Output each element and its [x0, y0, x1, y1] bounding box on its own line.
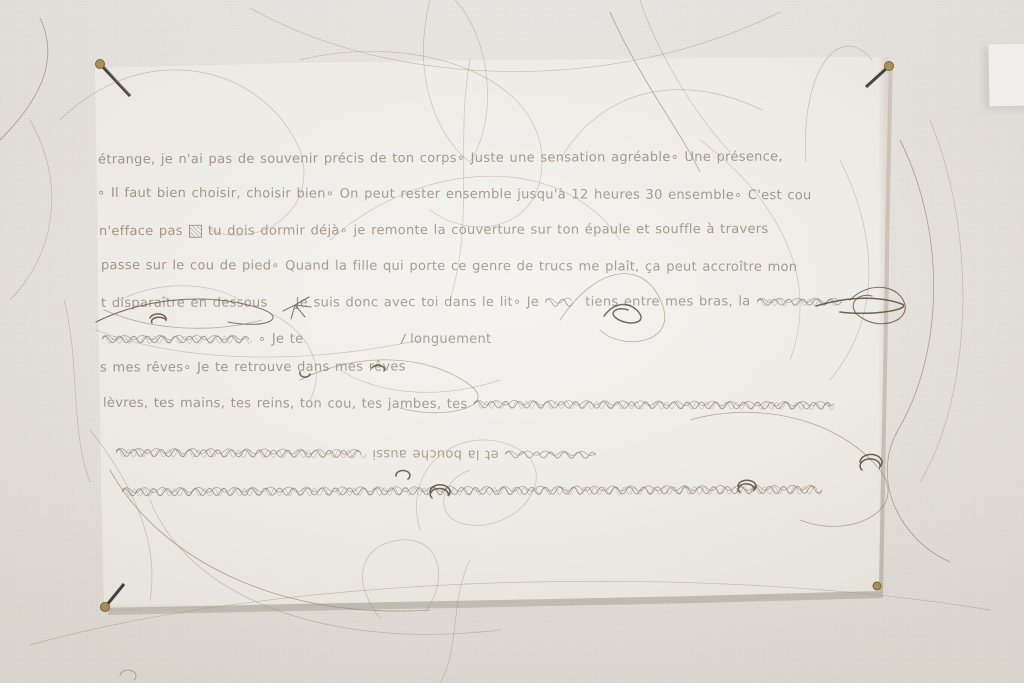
handwritten-text: passe sur le cou de pied∘ Quand la fille… [101, 258, 797, 275]
text-line-2: ∘ Il faut bien choisir, choisir bien∘ On… [97, 185, 812, 204]
handwritten-text: Je suis donc avec toi dans le lit∘ Je [296, 295, 540, 311]
text-line-1: étrange, je n'ai pas de souvenir précis … [98, 149, 783, 169]
handwritten-text: t disparaître en dessous [101, 296, 268, 311]
handwritten-text: tu dois dormir déjà∘ je remonte la couve… [208, 222, 769, 239]
scribbled-mirrored-passage [116, 445, 366, 460]
scribbled-out-passage [757, 296, 843, 308]
handwritten-text: tiens entre mes bras, la [585, 294, 750, 309]
text-line-6: ∘ Je te / longuement [102, 331, 491, 348]
hatched-square-mark-icon [189, 225, 202, 238]
scribbled-out-passage [102, 333, 252, 346]
upside-down-text: et la bouche aussi [372, 446, 499, 462]
scribbled-mirrored-passage [473, 398, 833, 412]
pencil-mark: 48 [902, 105, 913, 115]
handwritten-text: ∘ Je te [258, 332, 303, 347]
scribbled-out-word [545, 295, 579, 309]
paper-sheet: 48 étrange, je n'ai pas de souvenir préc… [94, 55, 890, 611]
text-line-8: lèvres, tes mains, tes reins, ton cou, t… [103, 395, 834, 415]
handwritten-text: n'efface pas [99, 224, 183, 239]
text-line-10 [122, 481, 822, 500]
text-line-4: passe sur le cou de pied∘ Quand la fille… [101, 257, 797, 276]
text-line-7: s mes rêves∘ Je te retrouve dans mes rêv… [100, 358, 406, 376]
text-line-3: n'efface pas tu dois dormir déjà∘ je rem… [99, 221, 769, 240]
handwritten-text: longuement [410, 332, 491, 347]
handwritten-text: s mes rêves∘ Je te retrouve dans mes rêv… [100, 359, 406, 375]
text-line-5: t disparaître en dessous Je suis donc av… [101, 293, 843, 312]
handwritten-text: lèvres, tes mains, tes reins, ton cou, t… [103, 396, 468, 412]
handwritten-text: ∘ Il faut bien choisir, choisir bien∘ On… [97, 186, 812, 203]
text-line-9: et la bouche aussi [116, 444, 600, 464]
insertion-caret-mark: / [400, 332, 407, 348]
artwork-photo: 48 étrange, je n'ai pas de souvenir préc… [0, 0, 1024, 683]
scribbled-mirrored-passage [505, 448, 600, 460]
handwritten-text: étrange, je n'ai pas de souvenir précis … [98, 150, 783, 168]
scribbled-mirrored-line [122, 482, 822, 498]
white-card-on-wall [988, 44, 1024, 107]
